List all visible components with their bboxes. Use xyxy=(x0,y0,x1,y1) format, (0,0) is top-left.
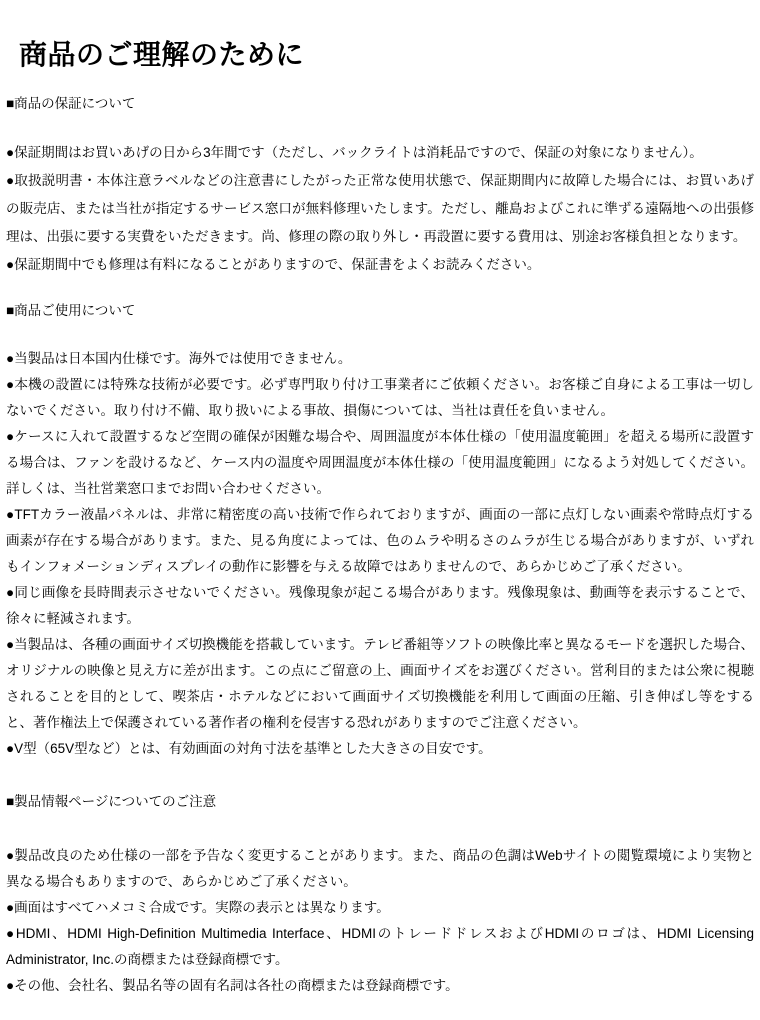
bullet-item: ●TFTカラー液晶パネルは、非常に精密度の高い技術で作られておりますが、画面の一… xyxy=(6,502,754,580)
bullet-item: ●画面はすべてハメコミ合成です。実際の表示とは異なります。 xyxy=(6,895,754,921)
bullet-item: ●同じ画像を長時間表示させないでください。残像現象が起こる場合があります。残像現… xyxy=(6,580,754,632)
document: 商品のご理解のために ■商品の保証について ●保証期間はお買いあげの日から3年間… xyxy=(0,38,760,999)
section-usage: ■商品ご使用について ●当製品は日本国内仕様です。海外では使用できません。 ●本… xyxy=(6,297,754,762)
bullet-item: ●当製品は日本国内仕様です。海外では使用できません。 xyxy=(6,346,754,372)
section-product-info-heading: ■製品情報ページについてのご注意 xyxy=(6,788,754,815)
bullet-item: ●保証期間はお買いあげの日から3年間です（ただし、バックライトは消耗品ですので、… xyxy=(6,139,754,167)
bullet-item: ●保証期間中でも修理は有料になることがありますので、保証書をよくお読みください。 xyxy=(6,251,754,279)
bullet-item: ●ケースに入れて設置するなど空間の確保が困難な場合や、周囲温度が本体仕様の「使用… xyxy=(6,424,754,502)
page-title: 商品のご理解のために xyxy=(6,38,754,72)
bullet-item: ●本機の設置には特殊な技術が必要です。必ず専門取り付け工事業者にご依頼ください。… xyxy=(6,372,754,424)
bullet-item: ●製品改良のため仕様の一部を予告なく変更することがあります。また、商品の色調はW… xyxy=(6,843,754,895)
page: { "page": { "title": "商品のご理解のために" }, "co… xyxy=(0,0,760,1020)
usage-bullet-list: ●当製品は日本国内仕様です。海外では使用できません。 ●本機の設置には特殊な技術… xyxy=(6,346,754,762)
warranty-bullet-list: ●保証期間はお買いあげの日から3年間です（ただし、バックライトは消耗品ですので、… xyxy=(6,139,754,279)
section-usage-heading: ■商品ご使用について xyxy=(6,297,754,324)
product-info-bullet-list: ●製品改良のため仕様の一部を予告なく変更することがあります。また、商品の色調はW… xyxy=(6,843,754,999)
bullet-item: ●V型（65V型など）とは、有効画面の対角寸法を基準とした大きさの目安です。 xyxy=(6,736,754,762)
section-warranty-heading: ■商品の保証について xyxy=(6,90,754,117)
bullet-item: ●当製品は、各種の画面サイズ切換機能を搭載しています。テレビ番組等ソフトの映像比… xyxy=(6,632,754,736)
section-product-info-notes: ■製品情報ページについてのご注意 ●製品改良のため仕様の一部を予告なく変更するこ… xyxy=(6,788,754,999)
section-warranty: ■商品の保証について ●保証期間はお買いあげの日から3年間です（ただし、バックラ… xyxy=(6,90,754,279)
bullet-item: ●取扱説明書・本体注意ラベルなどの注意書にしたがった正常な使用状態で、保証期間内… xyxy=(6,167,754,251)
bullet-item: ●HDMI、HDMI High-Definition Multimedia In… xyxy=(6,921,754,973)
bullet-item: ●その他、会社名、製品名等の固有名詞は各社の商標または登録商標です。 xyxy=(6,973,754,999)
